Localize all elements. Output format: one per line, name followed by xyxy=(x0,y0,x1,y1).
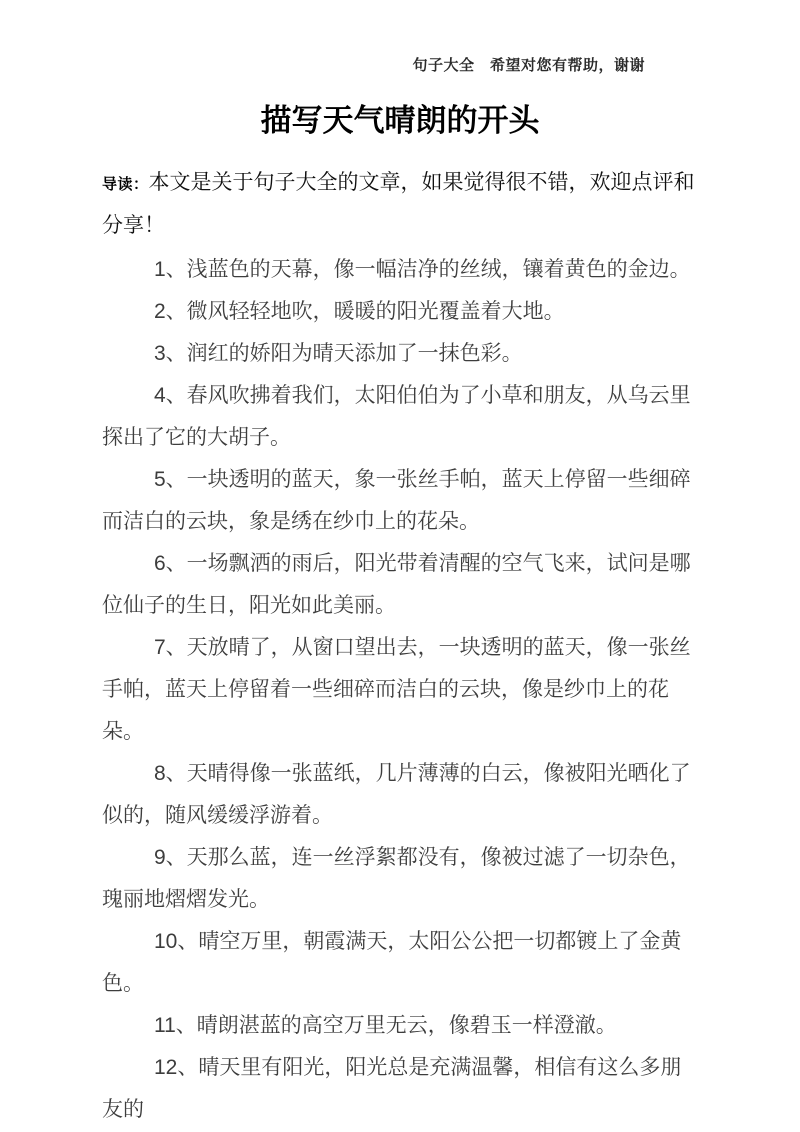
list-item: 7、天放晴了，从窗口望出去，一块透明的蓝天，像一张丝手帕，蓝天上停留着一些细碎而… xyxy=(102,627,702,753)
page-header-note: 句子大全 希望对您有帮助，谢谢 xyxy=(0,56,800,76)
list-item: 3、润红的娇阳为晴天添加了一抹色彩。 xyxy=(102,333,702,375)
list-item: 5、一块透明的蓝天，象一张丝手帕，蓝天上停留一些细碎而洁白的云块，象是绣在纱巾上… xyxy=(102,459,702,543)
list-item: 8、天晴得像一张蓝纸，几片薄薄的白云，像被阳光晒化了似的，随风缓缓浮游着。 xyxy=(102,753,702,837)
list-item: 9、天那么蓝，连一丝浮絮都没有，像被过滤了一切杂色，瑰丽地熠熠发光。 xyxy=(102,837,702,921)
page-title: 描写天气晴朗的开头 xyxy=(0,102,800,140)
list-item: 11、晴朗湛蓝的高空万里无云，像碧玉一样澄澈。 xyxy=(102,1005,702,1047)
list-item: 6、一场飘洒的雨后，阳光带着清醒的空气飞来，试问是哪位仙子的生日，阳光如此美丽。 xyxy=(102,543,702,627)
list-item: 4、春风吹拂着我们，太阳伯伯为了小草和朋友，从乌云里探出了它的大胡子。 xyxy=(102,375,702,459)
document-page: 句子大全 希望对您有帮助，谢谢 描写天气晴朗的开头 导读：本文是关于句子大全的文… xyxy=(0,0,800,1132)
list-item: 12、晴天里有阳光，阳光总是充满温馨，相信有这么多朋友的 xyxy=(102,1047,702,1131)
intro-text: 本文是关于句子大全的文章，如果觉得很不错，欢迎点评和分享！ xyxy=(102,170,695,237)
list-item: 1、浅蓝色的天幕，像一幅洁净的丝绒，镶着黄色的金边。 xyxy=(102,249,702,291)
sentence-list: 1、浅蓝色的天幕，像一幅洁净的丝绒，镶着黄色的金边。 2、微风轻轻地吹，暖暖的阳… xyxy=(102,249,702,1131)
list-item: 2、微风轻轻地吹，暖暖的阳光覆盖着大地。 xyxy=(102,291,702,333)
document-body: 导读：本文是关于句子大全的文章，如果觉得很不错，欢迎点评和分享！ 1、浅蓝色的天… xyxy=(102,162,702,1131)
intro-paragraph: 导读：本文是关于句子大全的文章，如果觉得很不错，欢迎点评和分享！ xyxy=(102,162,702,245)
list-item: 10、晴空万里，朝霞满天，太阳公公把一切都镀上了金黄色。 xyxy=(102,921,702,1005)
intro-label: 导读： xyxy=(102,176,149,193)
